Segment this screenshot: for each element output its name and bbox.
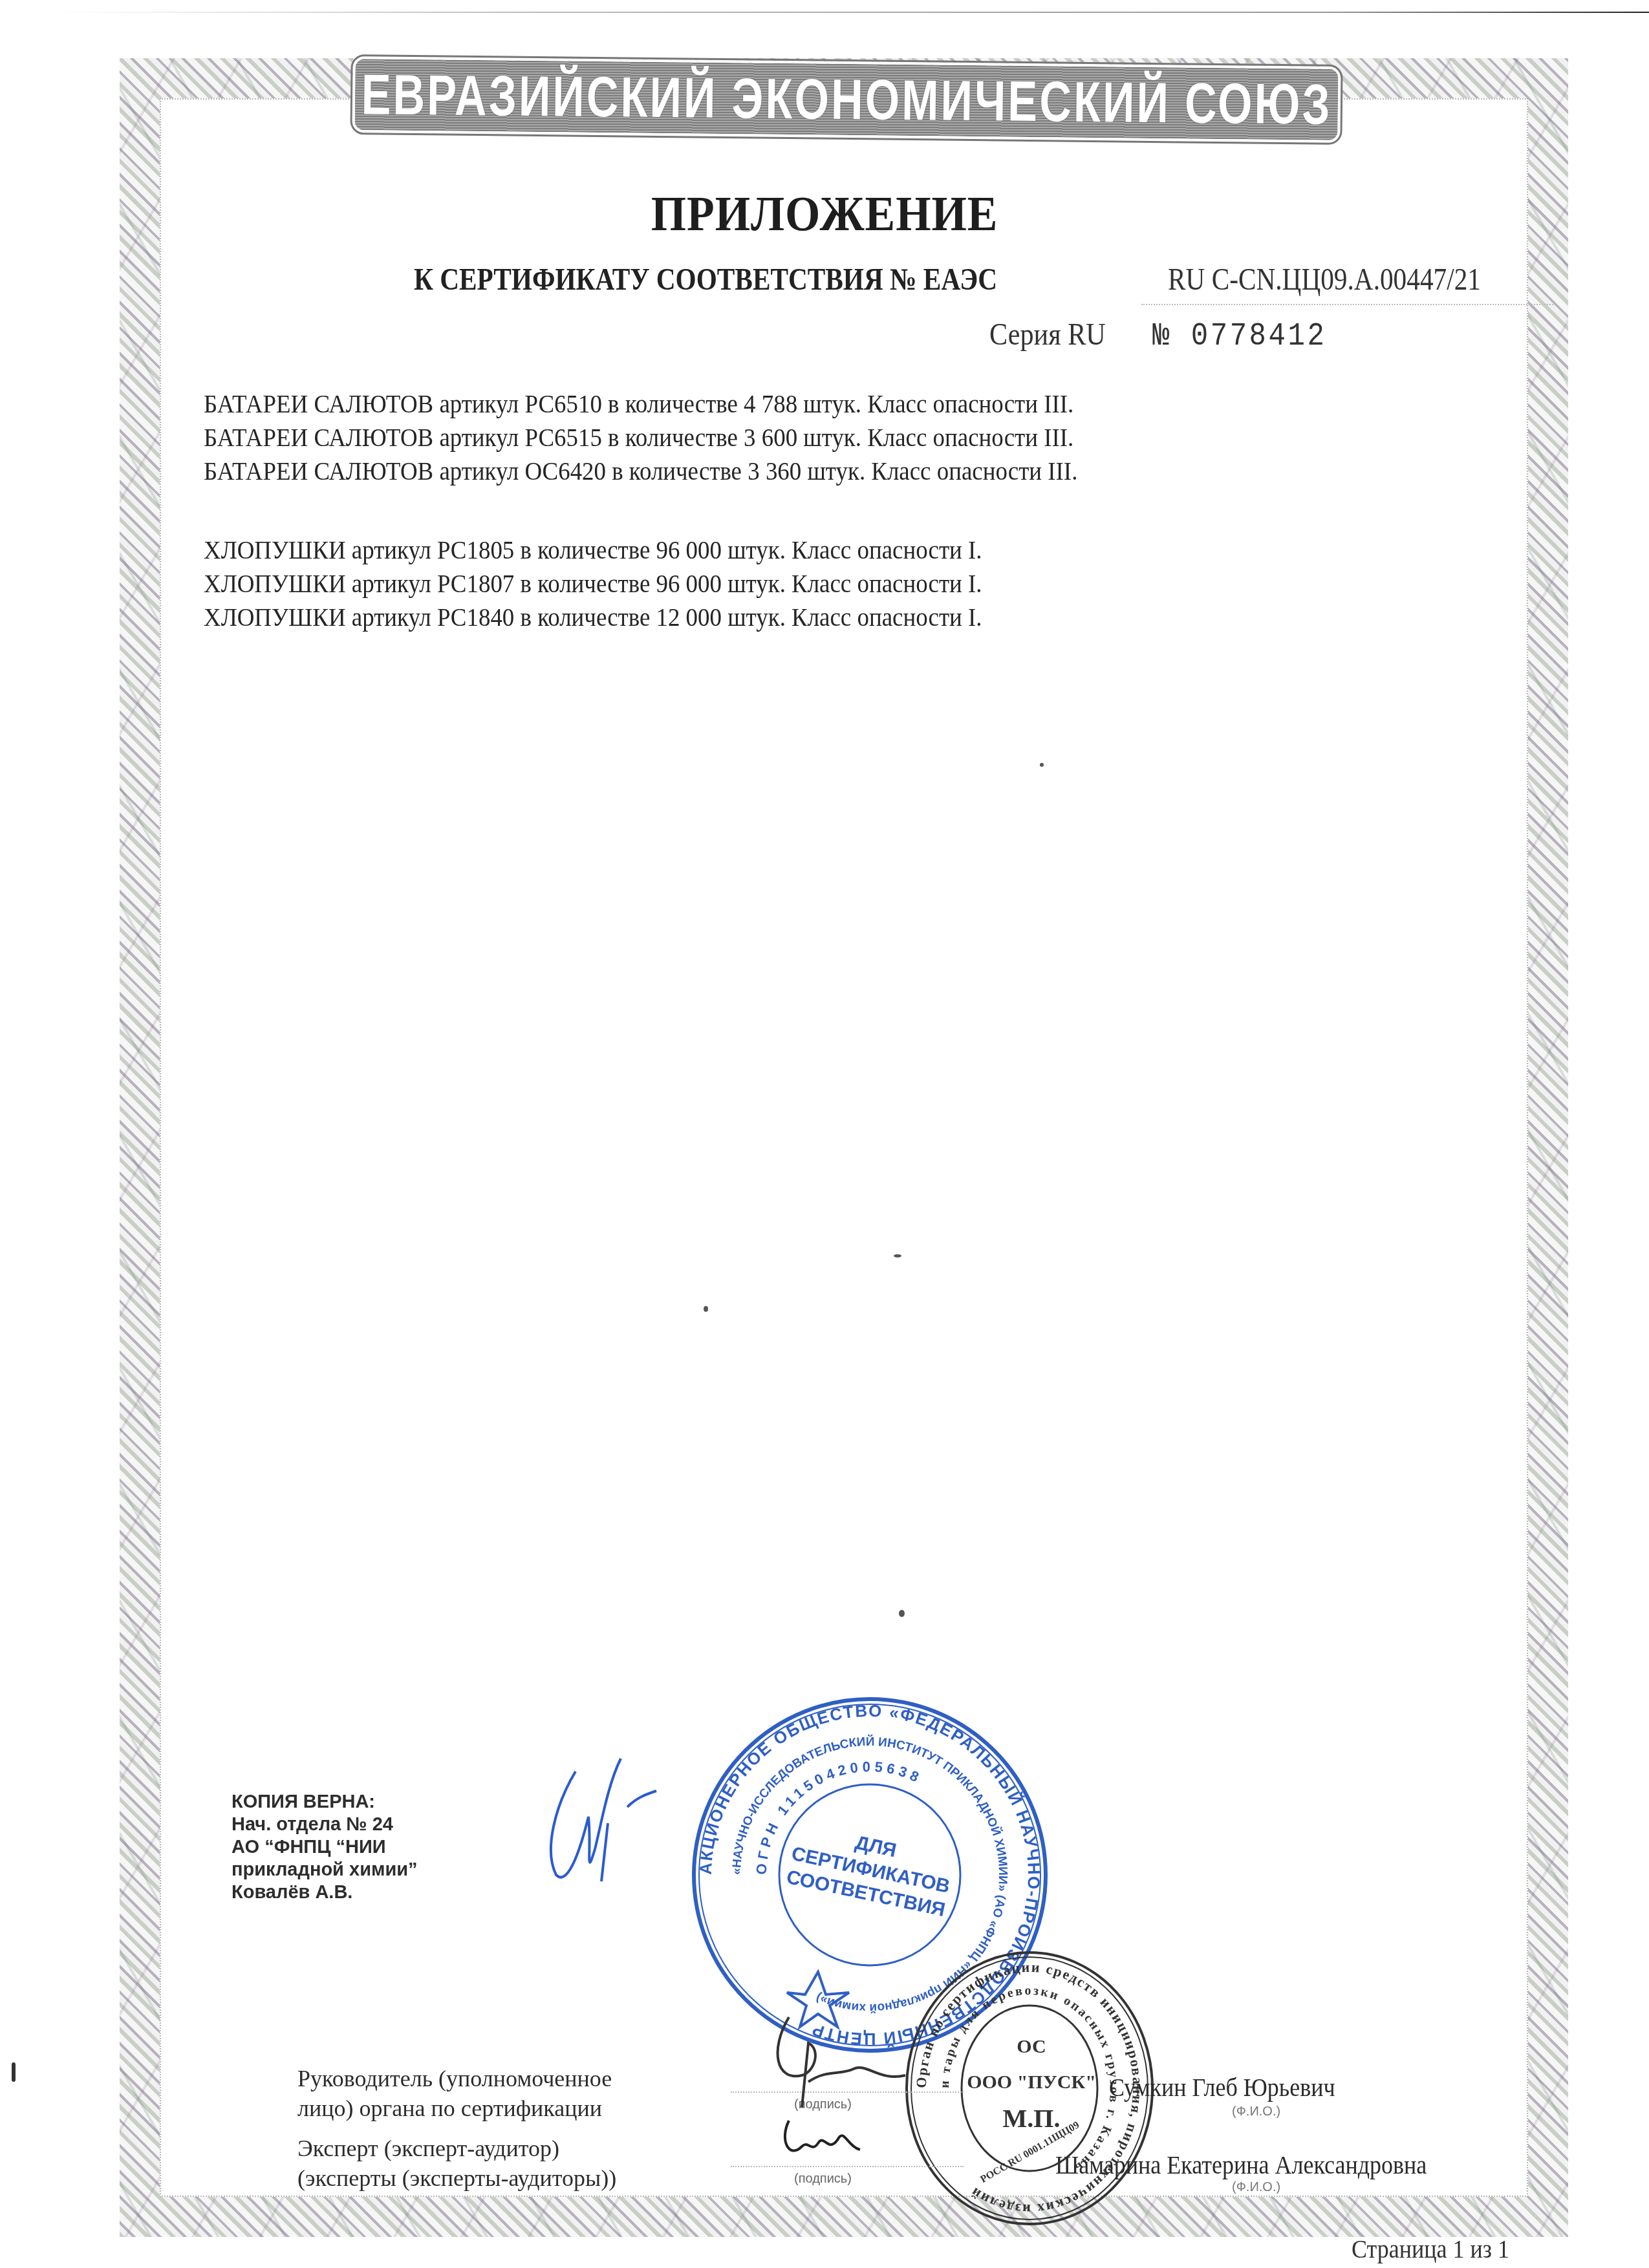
scan-speck: [704, 1306, 708, 1312]
expert-role-line: (эксперты (эксперты-аудиторы)): [297, 2163, 616, 2193]
expert-signature-caption: (подпись): [794, 2172, 852, 2187]
scan-speck: [12, 2062, 16, 2082]
blank-number: № 0778412: [1152, 318, 1326, 355]
copy-line: Нач. отдела № 24: [232, 1813, 418, 1836]
product-line-popper: ХЛОПУШКИ артикул РС1807 в количестве 96 …: [204, 568, 1077, 601]
page-number: Страница 1 из 1: [1352, 2234, 1509, 2264]
product-line-battery: БАТАРЕИ САЛЮТОВ артикул ОС6420 в количес…: [204, 455, 1077, 489]
expert-fio-caption: (Ф.И.О.): [1232, 2180, 1280, 2195]
eaeu-banner-text: ЕВРАЗИЙСКИЙ ЭКОНОМИЧЕСКИЙ СОЮЗ: [361, 61, 1332, 138]
stamp-black-center-line: М.П.: [1003, 2104, 1061, 2133]
scan-speck: [899, 1610, 905, 1617]
scan-edge: [58, 12, 1649, 13]
series-value: RU: [1068, 317, 1106, 352]
expert-role-line: Эксперт (эксперт-аудитор): [297, 2134, 616, 2163]
head-role-line: лицо) органа по сертификации: [297, 2093, 612, 2123]
expert-signature-line: [731, 2166, 964, 2167]
series-row: Серия RU № 0778412: [989, 317, 1326, 355]
certificate-number: RU C-CN.ЦЦ09.А.00447/21: [1168, 262, 1481, 297]
eaeu-banner: ЕВРАЗИЙСКИЙ ЭКОНОМИЧЕСКИЙ СОЮЗ: [352, 56, 1341, 143]
series-label: Серия: [989, 317, 1061, 352]
stamp-black-center-line: ОС: [1017, 2036, 1046, 2057]
head-signature: [763, 2011, 912, 2114]
copy-line: КОПИЯ ВЕРНА:: [232, 1791, 418, 1813]
head-fio: Сумкин Глеб Юрьевич: [1109, 2072, 1335, 2102]
copy-line: АО “ФНПЦ “НИИ: [232, 1836, 418, 1859]
scan-speck: [1040, 763, 1044, 767]
copy-signature: [530, 1746, 660, 1894]
certificate-number-underline: [1141, 304, 1555, 305]
copy-line: Ковалёв А.В.: [232, 1881, 418, 1904]
stamp-black-center-line: ООО "ПУСК": [967, 2071, 1096, 2093]
head-role-line: Руководитель (уполномоченное: [297, 2064, 612, 2093]
expert-fio: Шамарина Екатерина Александровна: [1055, 2150, 1427, 2180]
product-list: БАТАРЕИ САЛЮТОВ артикул РС6510 в количес…: [204, 388, 1175, 635]
product-line-battery: БАТАРЕИ САЛЮТОВ артикул РС6510 в количес…: [204, 388, 1077, 422]
expert-signature: [776, 2114, 873, 2166]
copy-certification: КОПИЯ ВЕРНА: Нач. отдела № 24 АО “ФНПЦ “…: [232, 1791, 418, 1904]
expert-role-label: Эксперт (эксперт-аудитор) (эксперты (экс…: [297, 2134, 616, 2193]
scan-speck: [894, 1254, 901, 1257]
copy-line: прикладной химии”: [232, 1859, 418, 1881]
product-line-battery: БАТАРЕИ САЛЮТОВ артикул РС6515 в количес…: [204, 422, 1077, 455]
product-line-popper: ХЛОПУШКИ артикул РС1805 в количестве 96 …: [204, 534, 1077, 568]
document-title: ПРИЛОЖЕНИЕ: [66, 186, 1583, 242]
head-role-label: Руководитель (уполномоченное лицо) орган…: [297, 2064, 612, 2123]
certificate-subtitle: К СЕРТИФИКАТУ СООТВЕТСТВИЯ № ЕАЭС: [414, 262, 997, 297]
head-fio-caption: (Ф.И.О.): [1232, 2104, 1280, 2119]
product-line-popper: ХЛОПУШКИ артикул РС1840 в количестве 12 …: [204, 601, 1077, 635]
